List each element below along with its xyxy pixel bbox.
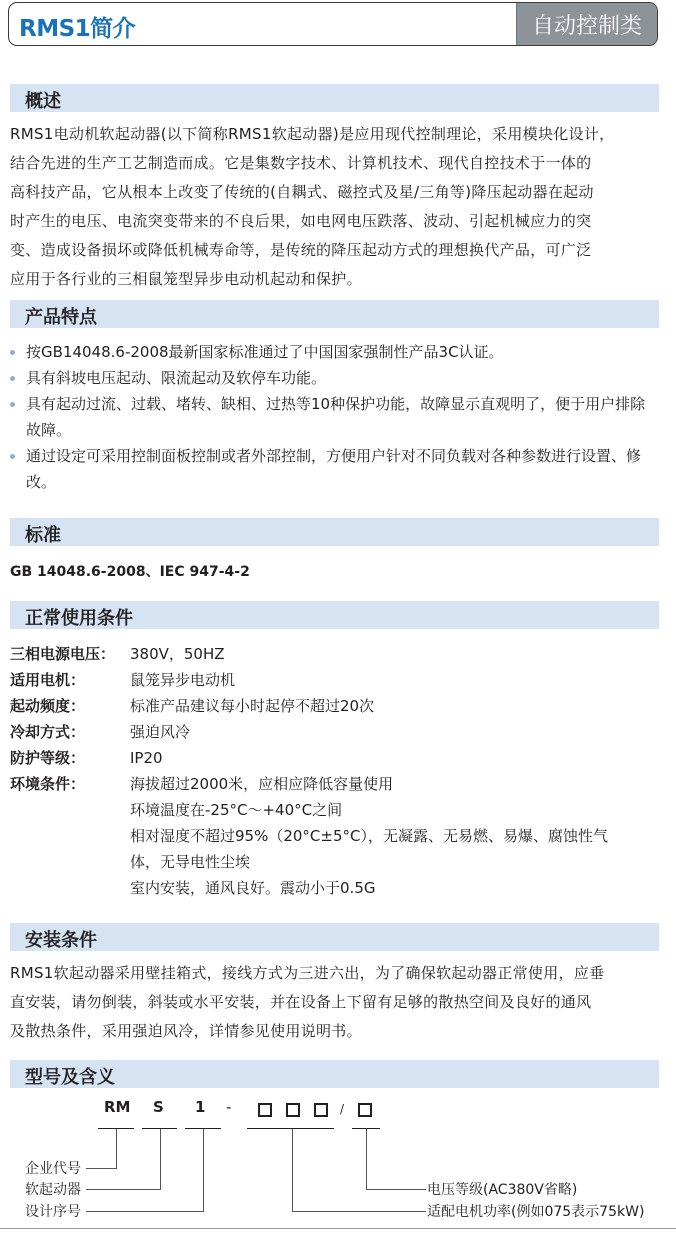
condition-value: 380V，50HZ <box>130 641 660 667</box>
feature-list: 按GB14048.6-2008最新国家标准通过了中国国家强制性产品3C认证。 具… <box>10 339 660 495</box>
condition-row: 环境条件： 海拔超过2000米，应相应降低容量使用 环境温度在-25°C～+40… <box>10 771 660 901</box>
condition-value: 鼠笼异步电动机 <box>130 667 660 693</box>
condition-label: 适用电机： <box>10 667 130 693</box>
section-title: 正常使用条件 <box>25 604 133 630</box>
condition-row: 防护等级： IP20 <box>10 745 660 771</box>
condition-label: 起动频度： <box>10 693 130 719</box>
placeholder-box-icon <box>358 1103 372 1117</box>
list-item: 具有斜坡电压起动、限流起动及软停车功能。 <box>10 365 660 391</box>
overview-paragraph: RMS1电动机软起动器(以下简称RMS1软起动器)是应用现代控制理论，采用模块化… <box>10 120 662 294</box>
connector-line <box>292 1129 293 1211</box>
condition-row: 适用电机： 鼠笼异步电动机 <box>10 667 660 693</box>
condition-value: 海拔超过2000米，应相应降低容量使用 <box>130 771 660 797</box>
text-line: 变、造成设备损坏或降低机械寿命等，是传统的降压起动方式的理想换代产品，可广泛 <box>10 236 662 265</box>
section-title: 概述 <box>25 87 61 113</box>
connector-line <box>116 1129 117 1168</box>
connector-line <box>160 1129 161 1189</box>
bullet-icon <box>10 454 15 459</box>
placeholder-box-icon <box>314 1103 328 1117</box>
section-title: 安装条件 <box>25 926 97 952</box>
text-line: RMS1软起动器采用壁挂箱式，接线方式为三进六出，为了确保软起动器正常使用，应垂 <box>10 959 662 988</box>
label-soft-starter: 软起动器 <box>25 1179 81 1199</box>
section-header-overview: 概述 <box>10 84 659 112</box>
text-line: 结合先进的生产工艺制造而成。它是集数字技术、计算机技术、现代自控技术于一体的 <box>10 149 662 178</box>
text-line: 及散热条件，采用强迫风冷，详情参见使用说明书。 <box>10 1017 662 1046</box>
placeholder-box-icon <box>258 1103 272 1117</box>
list-item: 具有起动过流、过载、堵转、缺相、过热等10种保护功能，故障显示直观明了，便于用户… <box>10 391 660 443</box>
label-voltage-level: 电压等级(AC380V省略) <box>427 1179 577 1199</box>
condition-value: 体，无导电性尘埃 <box>130 849 660 875</box>
section-title: 产品特点 <box>25 303 97 329</box>
condition-value: 标准产品建议每小时起停不超过20次 <box>130 693 660 719</box>
section-title: 标准 <box>25 521 61 547</box>
code-s: S <box>153 1098 164 1116</box>
connector-line <box>86 1189 161 1190</box>
section-header-conditions: 正常使用条件 <box>10 601 659 629</box>
text-line: 时产生的电压、电流突变带来的不良后果，如电网电压跌落、波动、引起机械应力的突 <box>10 207 662 236</box>
standard-text: GB 14048.6-2008、IEC 947-4-2 <box>10 561 250 581</box>
label-company-code: 企业代号 <box>25 1158 81 1178</box>
text-line: 应用于各行业的三相鼠笼型异步电动机起动和保护。 <box>10 265 662 294</box>
conditions-table: 三相电源电压： 380V，50HZ 适用电机： 鼠笼异步电动机 起动频度： 标准… <box>10 641 660 901</box>
code-dash: - <box>226 1098 231 1116</box>
condition-label: 防护等级： <box>10 745 130 771</box>
model-code-diagram: RM S 1 - / 企业代号 软起动器 设计序号 电压等级(AC380V省略)… <box>0 1090 676 1238</box>
connector-line <box>86 1168 117 1169</box>
code-1: 1 <box>195 1098 205 1116</box>
section-header-installation: 安装条件 <box>10 923 659 951</box>
code-rm: RM <box>104 1098 130 1116</box>
section-title: 型号及含义 <box>25 1063 115 1089</box>
bullet-icon <box>10 350 15 355</box>
condition-value: 环境温度在-25°C～+40°C之间 <box>130 797 660 823</box>
code-slash: / <box>340 1102 344 1116</box>
list-item: 按GB14048.6-2008最新国家标准通过了中国国家强制性产品3C认证。 <box>10 339 660 365</box>
underline <box>247 1128 334 1129</box>
section-header-standard: 标准 <box>10 518 659 546</box>
connector-line <box>86 1211 204 1212</box>
text-line: 直安装，请勿倒装，斜装或水平安装，并在设备上下留有足够的散热空间及良好的通风 <box>10 988 662 1017</box>
condition-row: 三相电源电压： 380V，50HZ <box>10 641 660 667</box>
connector-line <box>366 1129 367 1189</box>
condition-value: IP20 <box>130 745 660 771</box>
category-tag: 自动控制类 <box>516 3 657 45</box>
condition-row: 冷却方式： 强迫风冷 <box>10 719 660 745</box>
connector-line <box>366 1189 426 1190</box>
condition-label: 环境条件： <box>10 771 130 901</box>
connector-line <box>203 1129 204 1211</box>
condition-value: 相对湿度不超过95%（20°C±5°C），无凝露、无易燃、易爆、腐蚀性气 <box>130 823 660 849</box>
installation-paragraph: RMS1软起动器采用壁挂箱式，接线方式为三进六出，为了确保软起动器正常使用，应垂… <box>10 959 662 1046</box>
page-title: RMS1简介 <box>19 10 135 43</box>
divider <box>0 1228 676 1229</box>
connector-line <box>292 1211 426 1212</box>
section-header-model: 型号及含义 <box>10 1060 659 1088</box>
condition-label: 三相电源电压： <box>10 641 130 667</box>
title-bar: RMS1简介 自动控制类 <box>8 2 658 46</box>
bullet-icon <box>10 376 15 381</box>
placeholder-box-icon <box>286 1103 300 1117</box>
label-design-number: 设计序号 <box>25 1201 81 1221</box>
condition-value: 室内安装，通风良好。震动小于0.5G <box>130 875 660 901</box>
condition-row: 起动频度： 标准产品建议每小时起停不超过20次 <box>10 693 660 719</box>
section-header-features: 产品特点 <box>10 300 659 328</box>
text-line: 高科技产品，它从根本上改变了传统的(自耦式、磁控式及星/三角等)降压起动器在起动 <box>10 178 662 207</box>
bullet-icon <box>10 402 15 407</box>
condition-label: 冷却方式： <box>10 719 130 745</box>
list-item: 通过设定可采用控制面板控制或者外部控制，方便用户针对不同负载对各种参数进行设置、… <box>10 443 660 495</box>
text-line: RMS1电动机软起动器(以下简称RMS1软起动器)是应用现代控制理论，采用模块化… <box>10 120 662 149</box>
condition-value: 强迫风冷 <box>130 719 660 745</box>
label-motor-power: 适配电机功率(例如075表示75kW) <box>427 1201 644 1221</box>
